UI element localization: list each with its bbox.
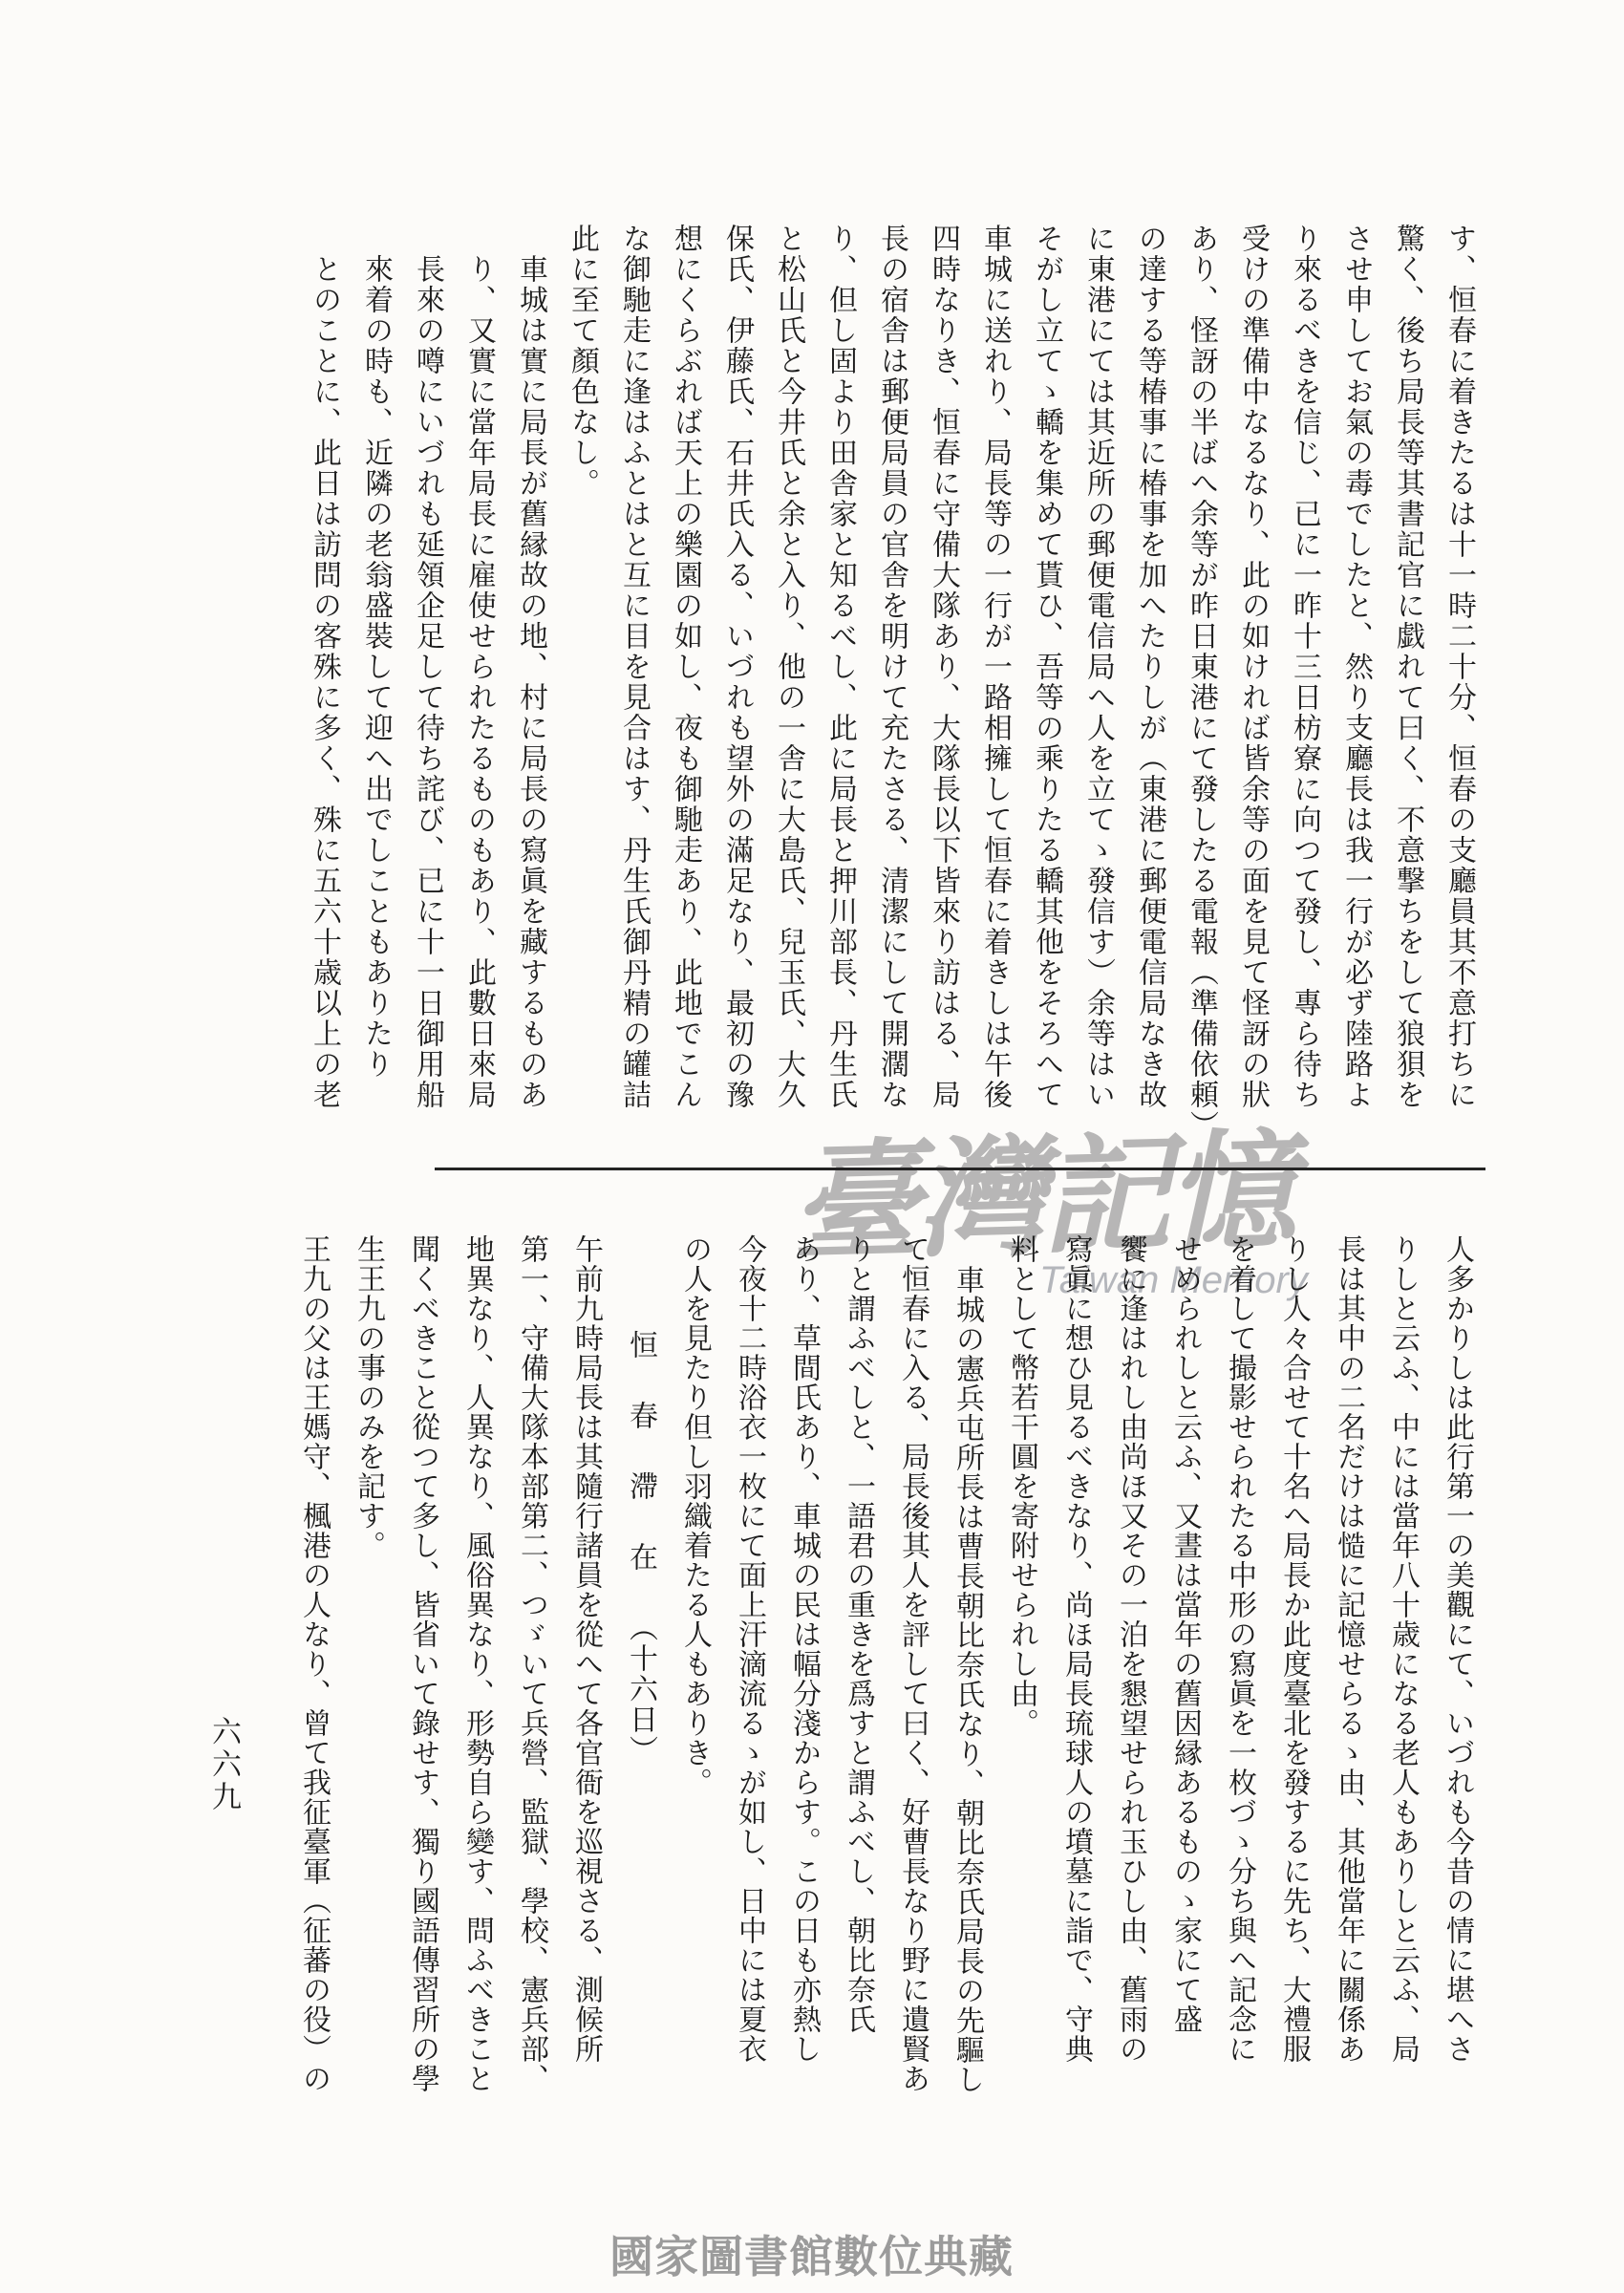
text-column: 長の宿舎は郵便局員の官舎を明けて充たさる、清潔にして開濶な xyxy=(865,224,917,1155)
text-column: に東港にては其近所の郵便電信局へ人を立てゝ發信す）余等はい xyxy=(1072,224,1123,1155)
text-column: とのことに、此日は訪問の客殊に多く、殊に五六十歳以上の老 xyxy=(298,224,350,1155)
section-heading-date: （十六日） xyxy=(625,1613,656,1766)
text-column: 四時なりき、恒春に守備大隊あり、大隊長以下皆來り訪はる、局 xyxy=(917,224,969,1155)
text-column: 生王九の事のみを記す。 xyxy=(341,1234,395,2132)
text-column: 受けの準備中なるなり、此の如ければ皆余等の面を見て怪訝の狀 xyxy=(1227,224,1278,1155)
text-column: 車城の憲兵屯所長は曹長朝比奈氏なり、朝比奈氏局長の先驅し xyxy=(940,1234,994,2132)
text-column: 聞くべきこと從つて多し、皆省いて錄せす、獨り國語傳習所の學 xyxy=(395,1234,450,2132)
section-heading-title: 恒春滯在 xyxy=(625,1330,656,1613)
text-column: 想にくらぶれば天上の樂園の如し、夜も御馳走あり、此地でこん xyxy=(659,224,711,1155)
text-column: と松山氏と今井氏と余と入り、他の一舎に大島氏、兒玉氏、大久 xyxy=(762,224,814,1155)
text-column: 長來の噂にいづれも延領企足して待ち詫び、已に十一日御用船 xyxy=(401,224,453,1155)
text-column: 王九の父は王媽守、楓港の人なり、曾て我征臺軍（征蕃の役）の xyxy=(287,1234,341,2132)
page-number: 六六九 xyxy=(203,1716,246,1813)
top-text-block: す、恒春に着きたるは十一時二十分、恒春の支廳員其不意打ちに驚く、後ち局長等其書記… xyxy=(298,224,1485,1155)
section-divider-line xyxy=(435,1168,1485,1170)
text-column: りしと云ふ、中には當年八十歳になる老人もありしと云ふ、局 xyxy=(1376,1234,1430,2132)
text-column: 饗に逢はれし由尚ほ又その一泊を懇望せられ玉ひし由、舊雨の xyxy=(1103,1234,1158,2132)
text-column: 車城に送れり、局長等の一行が一路相擁して恒春に着きしは午後 xyxy=(969,224,1020,1155)
section-heading: 恒春滯在（十六日） xyxy=(613,1234,668,2132)
text-column: 午前九時局長は其隨行諸員を從へて各官衙を巡視さる、測候所 xyxy=(559,1234,613,2132)
text-column: させ申してお氣の毒でしたと、然り支廳長は我一行が必ず陸路よ xyxy=(1330,224,1381,1155)
text-column: 人多かりしは此行第一の美觀にて、いづれも今昔の情に堪へさ xyxy=(1430,1234,1485,2132)
text-column: そがし立てゝ轎を集めて貰ひ、吾等の乘りたる轎其他をそろへて xyxy=(1020,224,1072,1155)
text-column: 料として幣若干圓を寄附せられし由。 xyxy=(994,1234,1049,2132)
text-column: 車城は實に局長が舊縁故の地、村に局長の寫眞を藏するものあ xyxy=(504,224,556,1155)
text-column: て恒春に入る、局長後其人を評して曰く、好曹長なり野に遺賢あ xyxy=(886,1234,940,2132)
library-footer-watermark: 國家圖書館數位典藏 xyxy=(609,2222,1014,2285)
text-column: 寫眞に想ひ見るべきなり、尚ほ局長琉球人の墳墓に詣で、守典 xyxy=(1049,1234,1103,2132)
text-column: り、又實に當年局長に雇使せられたるものもあり、此數日來局 xyxy=(453,224,504,1155)
text-column: 來着の時も、近隣の老翁盛裝して迎へ出でしこともありたり xyxy=(350,224,401,1155)
text-column: り來るべきを信じ、已に一昨十三日枋寮に向つて發し、專ら待ち xyxy=(1278,224,1330,1155)
bottom-text-block: 人多かりしは此行第一の美觀にて、いづれも今昔の情に堪へさりしと云ふ、中には當年八… xyxy=(287,1234,1485,2132)
text-column: あり、怪訝の半ばへ余等が昨日東港にて發したる電報（準備依頼） xyxy=(1175,224,1227,1155)
text-column: 保氏、伊藤氏、石井氏入る、いづれも望外の滿足なり、最初の豫 xyxy=(711,224,762,1155)
scanned-document-page: 臺灣記憶 Taiwan Memory す、恒春に着きたるは十一時二十分、恒春の支… xyxy=(0,0,1624,2293)
text-column: りし人々合せて十名へ局長か此度臺北を發するに先ち、大禮服 xyxy=(1267,1234,1321,2132)
text-column: 地異なり、人異なり、風俗異なり、形勢自ら變す、問ふべきこと xyxy=(450,1234,504,2132)
text-column: す、恒春に着きたるは十一時二十分、恒春の支廳員其不意打ちに xyxy=(1433,224,1485,1155)
text-column: な御馳走に逢はふとはと互に目を見合はす、丹生氏御丹精の罐詰 xyxy=(608,224,659,1155)
text-column: を着して撮影せられたる中形の寫眞を一枚づゝ分ち與へ記念に xyxy=(1212,1234,1267,2132)
text-column: 今夜十二時浴衣一枚にて面上汗滴流るゝが如し、日中には夏衣 xyxy=(722,1234,777,2132)
text-column: り、但し固より田舎家と知るべし、此に局長と押川部長、丹生氏 xyxy=(814,224,865,1155)
text-column: 此に至て顏色なし。 xyxy=(556,224,608,1155)
text-column: 第一、守備大隊本部第二、つゞいて兵營、監獄、學校、憲兵部、 xyxy=(504,1234,559,2132)
text-column: 長は其中の二名だけは慥に記憶せらるゝ由、其他當年に關係あ xyxy=(1321,1234,1376,2132)
text-column: の達する等椿事に椿事を加へたりしが（東港に郵便電信局なき故 xyxy=(1123,224,1175,1155)
text-column: あり、草間氏あり、車城の民は幅分淺からす。この日も亦熱し xyxy=(777,1234,831,2132)
text-column: の人を見たり但し羽織着たる人もありき。 xyxy=(668,1234,722,2132)
text-column: 驚く、後ち局長等其書記官に戯れて曰く、不意撃ちをして狼狽を xyxy=(1381,224,1433,1155)
text-column: せめられしと云ふ、又晝は當年の舊因縁あるものゝ家にて盛 xyxy=(1158,1234,1212,2132)
text-column: りと謂ふべしと、一語君の重きを爲すと謂ふべし、朝比奈氏 xyxy=(831,1234,886,2132)
